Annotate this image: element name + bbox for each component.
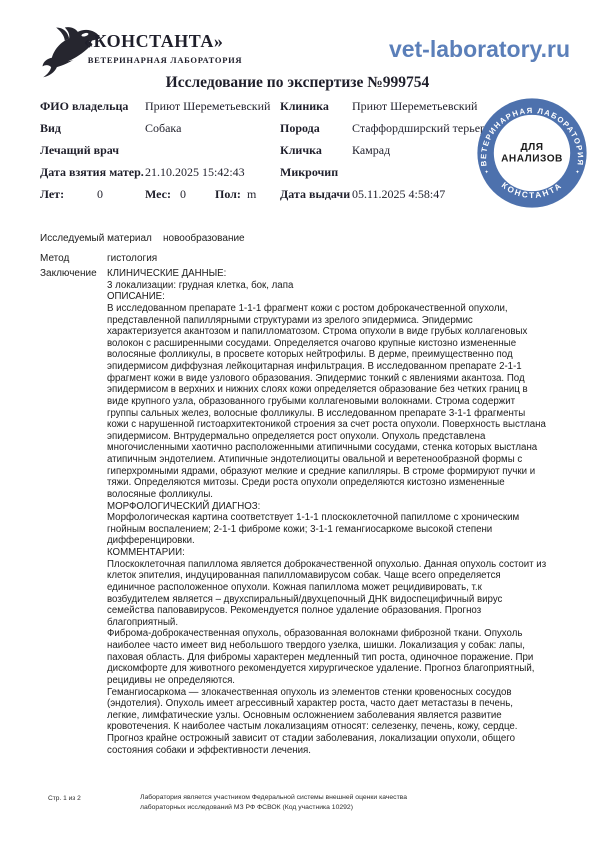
sample-date-label: Дата взятия матер.: [40, 165, 144, 180]
stamp-center-line2: АНАЛИЗОВ: [501, 154, 563, 165]
footer-accreditation-note: Лаборатория является участником Федераль…: [140, 793, 407, 812]
years-value: 0: [97, 187, 103, 202]
species-label: Вид: [40, 121, 61, 136]
material-value: новообразование: [163, 233, 245, 244]
issue-date-value: 05.11.2025 4:58:47: [352, 187, 445, 202]
sex-value: m: [247, 187, 256, 202]
brand-block: «КОНСТАНТА» ВЕТЕРИНАРНАЯ ЛАБОРАТОРИЯ: [84, 31, 246, 65]
method-label: Метод: [40, 253, 69, 264]
doctor-label: Лечащий врач: [40, 143, 119, 158]
conclusion-label: Заключение: [40, 268, 97, 279]
sample-date-value: 21.10.2025 15:42:43: [145, 165, 245, 180]
document-title: Исследование по экспертизе №999754: [0, 74, 595, 92]
lab-stamp: ВЕТЕРИНАРНАЯ ЛАБОРАТОРИЯ КОНСТАНТА ДЛЯ А…: [474, 95, 590, 211]
stamp-star-right-icon: ✦: [575, 169, 579, 175]
brand-name: «КОНСТАНТА»: [84, 31, 246, 52]
issue-date-label: Дата выдачи: [280, 187, 350, 202]
years-label: Лет:: [40, 187, 64, 202]
breed-value: Стаффордширский терьер: [352, 121, 486, 136]
owner-label: ФИО владельца: [40, 99, 128, 114]
page-number: Стр. 1 из 2: [48, 795, 81, 802]
brand-subtitle: ВЕТЕРИНАРНАЯ ЛАБОРАТОРИЯ: [84, 55, 246, 65]
months-value: 0: [180, 187, 186, 202]
sex-label: Пол:: [215, 187, 241, 202]
breed-label: Порода: [280, 121, 320, 136]
petname-label: Кличка: [280, 143, 322, 158]
stamp-center-line1: ДЛЯ: [520, 142, 543, 153]
stamp-star-left-icon: ✦: [485, 169, 489, 175]
lab-report-page: «КОНСТАНТА» ВЕТЕРИНАРНАЯ ЛАБОРАТОРИЯ vet…: [0, 0, 595, 842]
species-value: Собака: [145, 121, 181, 136]
website-link[interactable]: vet-laboratory.ru: [358, 36, 570, 63]
clinic-label: Клиника: [280, 99, 329, 114]
conclusion-text: КЛИНИЧЕСКИЕ ДАННЫЕ: 3 локализации: грудн…: [107, 268, 589, 756]
method-value: гистология: [107, 253, 157, 264]
owner-value: Приют Шереметьевский: [145, 99, 270, 114]
months-label: Мес:: [145, 187, 171, 202]
petname-value: Камрад: [352, 143, 390, 158]
material-label: Исследуемый материал: [40, 233, 152, 244]
microchip-label: Микрочип: [280, 165, 338, 180]
clinic-value: Приют Шереметьевский: [352, 99, 477, 114]
